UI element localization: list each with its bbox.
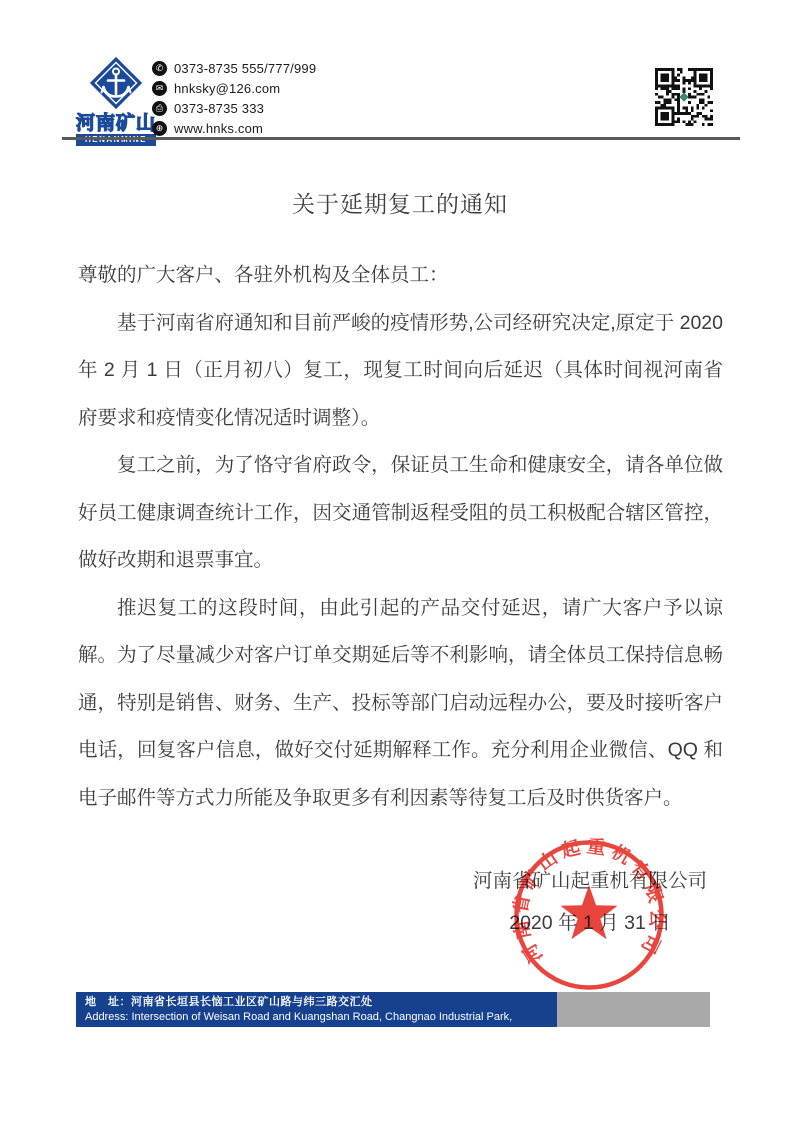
globe-icon: ⊕ <box>152 121 167 136</box>
footer-address-bar: 地 址：河南省长垣县长恼工业区矿山路与纬三路交汇处 Address: Inter… <box>76 992 710 1027</box>
logo-diamond-anchor-icon <box>87 54 145 112</box>
fax-icon: ⎙ <box>152 101 167 116</box>
phone-number: 0373-8735 555/777/999 <box>174 61 316 76</box>
contact-website: ⊕ www.hnks.com <box>152 119 316 138</box>
logo-name-english: HENANMINE <box>76 134 156 146</box>
footer-address-panel: 地 址：河南省长垣县长恼工业区矿山路与纬三路交汇处 Address: Inter… <box>76 992 557 1027</box>
website-url: www.hnks.com <box>174 121 263 136</box>
email-address: hnksky@126.com <box>174 81 280 96</box>
contact-list: ✆ 0373-8735 555/777/999 ✉ hnksky@126.com… <box>152 59 316 139</box>
address-english: Address: Intersection of Weisan Road and… <box>85 1010 557 1040</box>
salutation: 尊敬的广大客户、各驻外机构及全体员工： <box>78 252 723 300</box>
signature-date: 2020 年 1 月 31 日 <box>440 902 740 944</box>
phone-icon: ✆ <box>152 61 167 76</box>
signature-block: 河南省矿山起重机有限公司 2020 年 1 月 31 日 <box>440 860 740 944</box>
document-title: 关于延期复工的通知 <box>0 186 800 219</box>
contact-email: ✉ hnksky@126.com <box>152 79 316 98</box>
document-page: 河南矿山 HENANMINE ✆ 0373-8735 555/777/999 ✉… <box>0 0 800 1131</box>
email-icon: ✉ <box>152 81 167 96</box>
document-body: 尊敬的广大客户、各驻外机构及全体员工： 基于河南省府通知和目前严峻的疫情形势,公… <box>78 252 723 822</box>
fax-number: 0373-8735 333 <box>174 101 264 116</box>
signature-company-name: 河南省矿山起重机有限公司 <box>440 860 740 902</box>
contact-phone: ✆ 0373-8735 555/777/999 <box>152 59 316 78</box>
qr-code <box>655 68 713 126</box>
company-logo: 河南矿山 HENANMINE <box>76 54 156 146</box>
address-chinese: 地 址：河南省长垣县长恼工业区矿山路与纬三路交汇处 <box>85 995 557 1010</box>
paragraph-3: 推迟复工的这段时间，由此引起的产品交付延迟，请广大客户予以谅解。为了尽量减少对客… <box>78 585 723 823</box>
header-divider <box>62 137 740 140</box>
contact-fax: ⎙ 0373-8735 333 <box>152 99 316 118</box>
logo-name-chinese: 河南矿山 <box>76 114 156 133</box>
footer-gray-block <box>557 992 710 1027</box>
paragraph-1: 基于河南省府通知和目前严峻的疫情形势,公司经研究决定,原定于 2020 年 2 … <box>78 300 723 443</box>
paragraph-2: 复工之前，为了恪守省府政令，保证员工生命和健康安全，请各单位做好员工健康调查统计… <box>78 442 723 585</box>
